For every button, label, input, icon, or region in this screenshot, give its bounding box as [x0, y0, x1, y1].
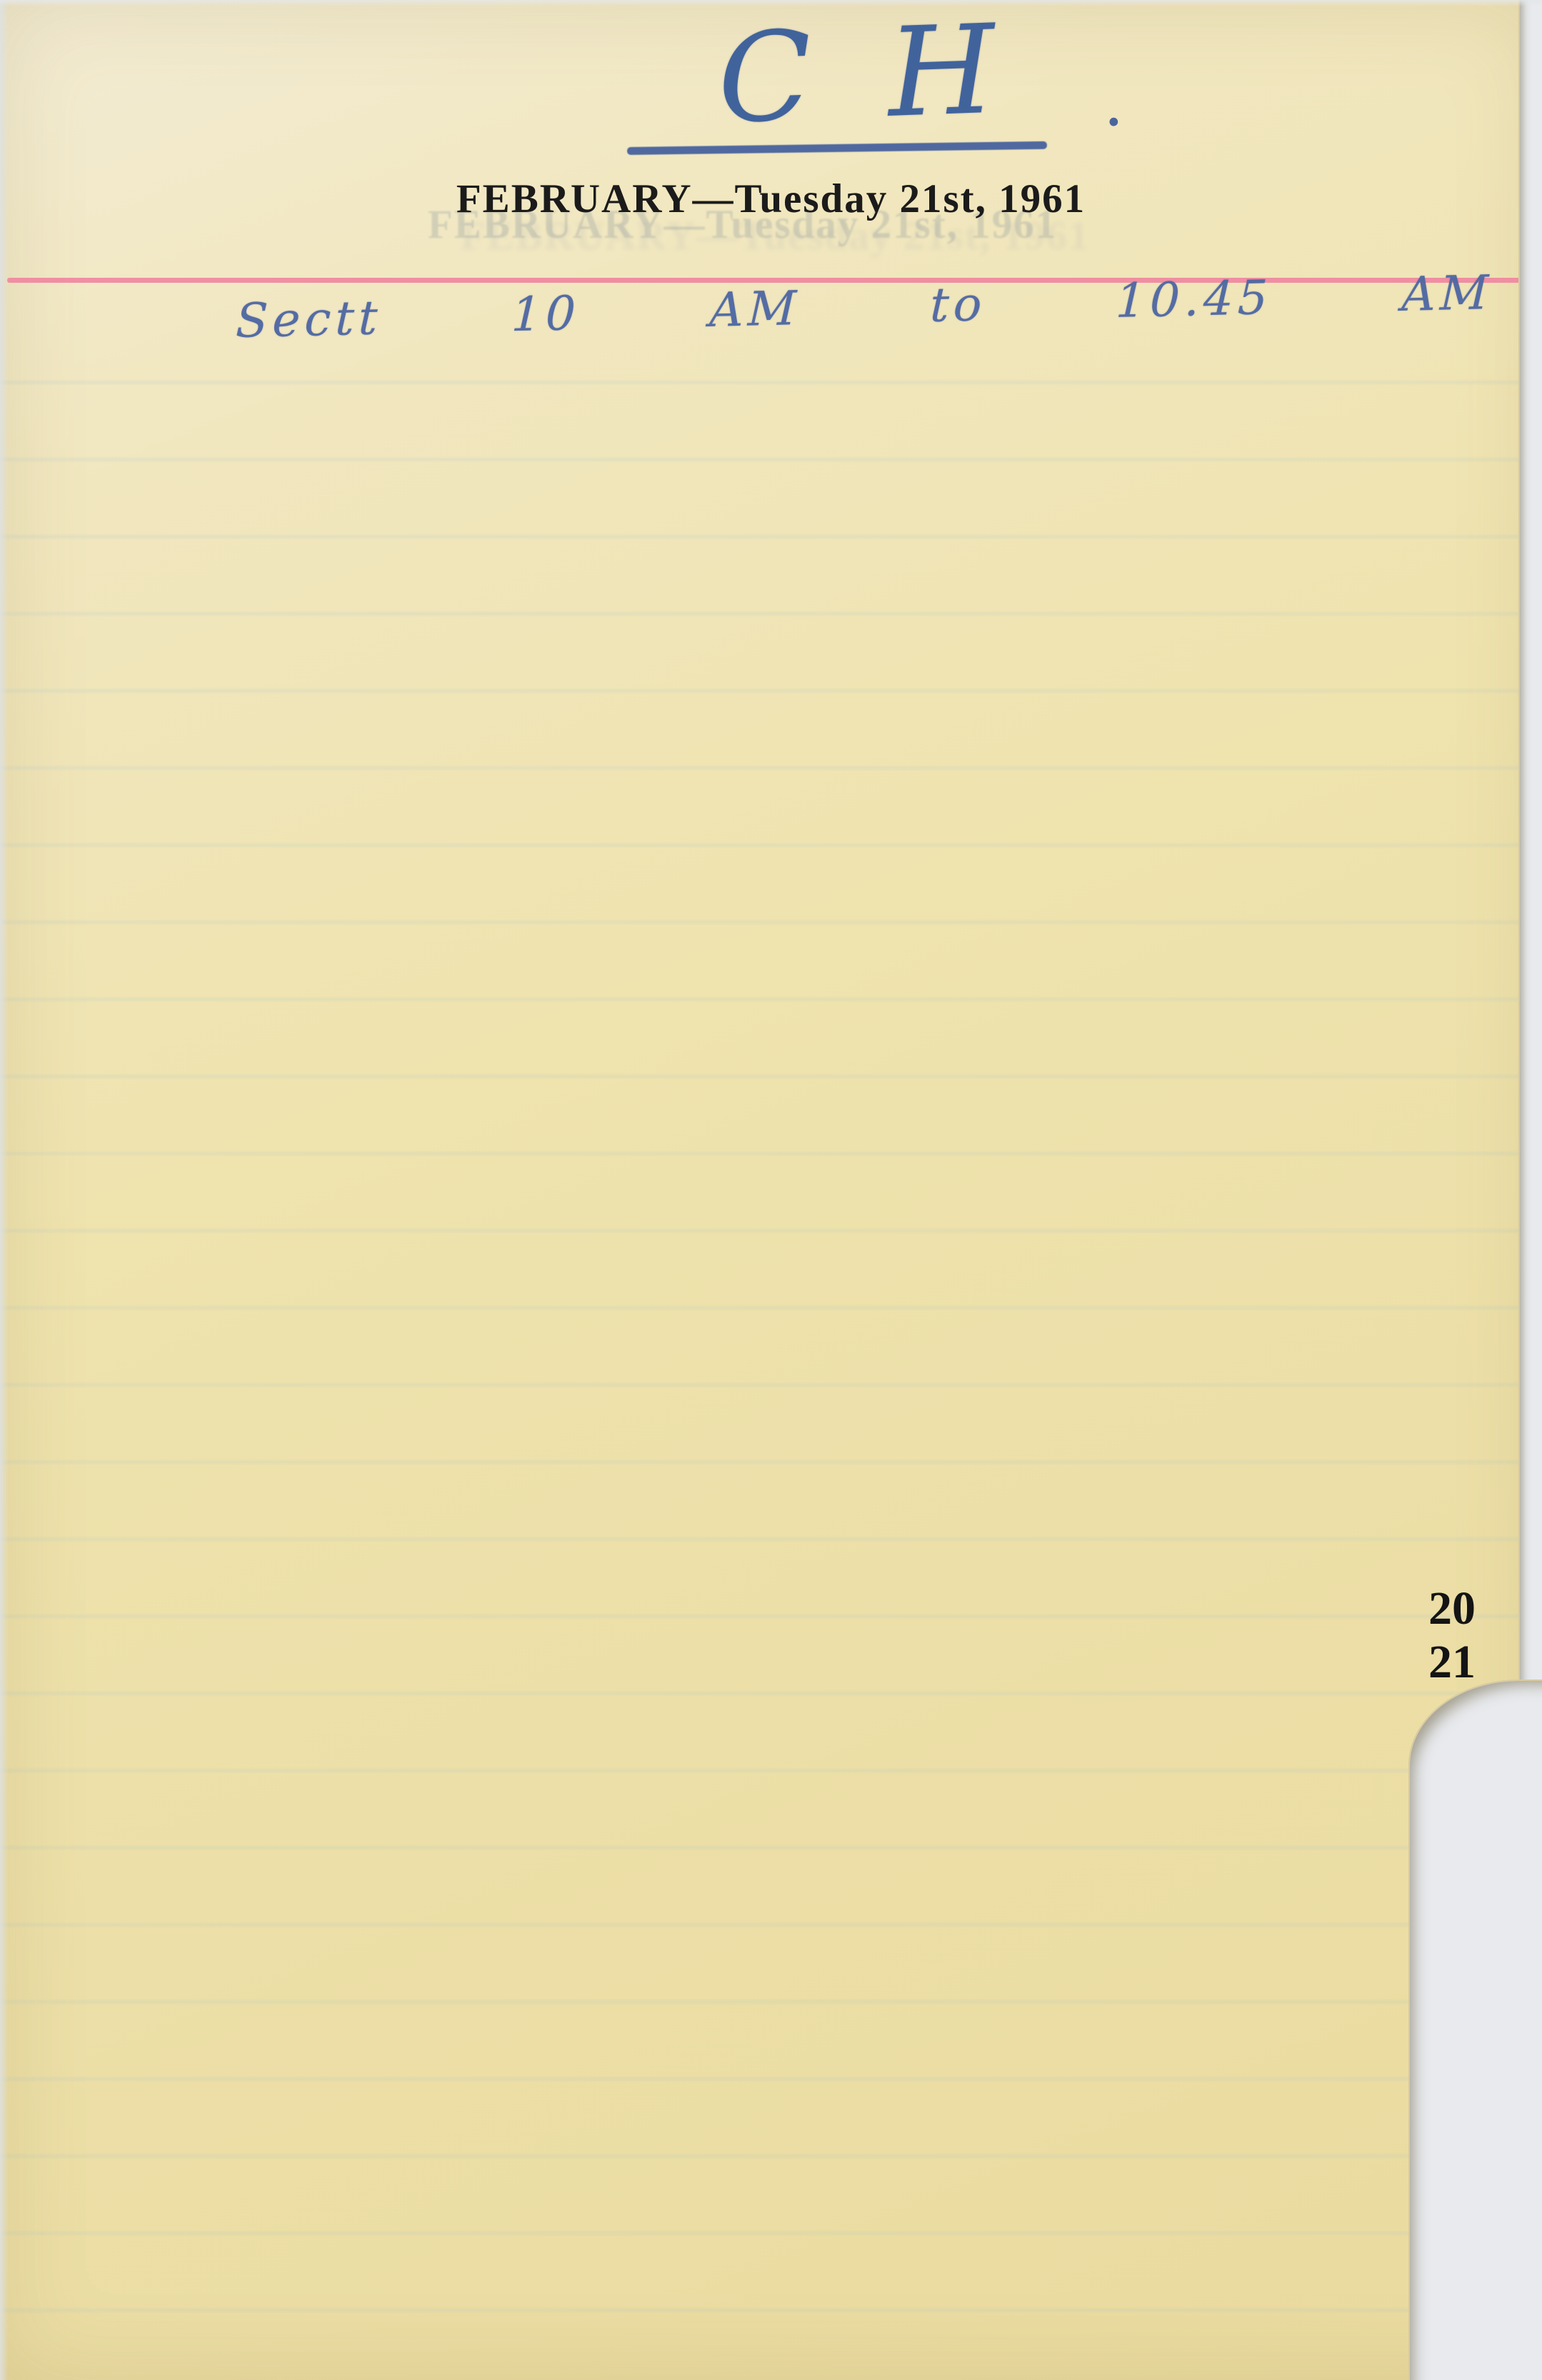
scan-top-edge	[0, 0, 1542, 6]
page-number-20: 20	[1428, 1584, 1476, 1633]
page-right-edge	[1518, 0, 1542, 1728]
monogram-period: .	[1103, 66, 1124, 141]
ruled-lines-overlay	[0, 307, 1542, 2364]
page-number-21: 21	[1428, 1637, 1476, 1687]
monogram: C H	[716, 8, 1016, 141]
diary-page: C H . FEBRUARY—Tuesday 21st, 1961 20 21 …	[0, 0, 1542, 2380]
printed-date-header: FEBRUARY—Tuesday 21st, 1961	[456, 176, 1086, 222]
scan-left-edge	[0, 0, 9, 2380]
page-corner-cut	[1408, 1679, 1542, 2380]
page-number-block: 20 21	[1428, 1584, 1476, 1687]
